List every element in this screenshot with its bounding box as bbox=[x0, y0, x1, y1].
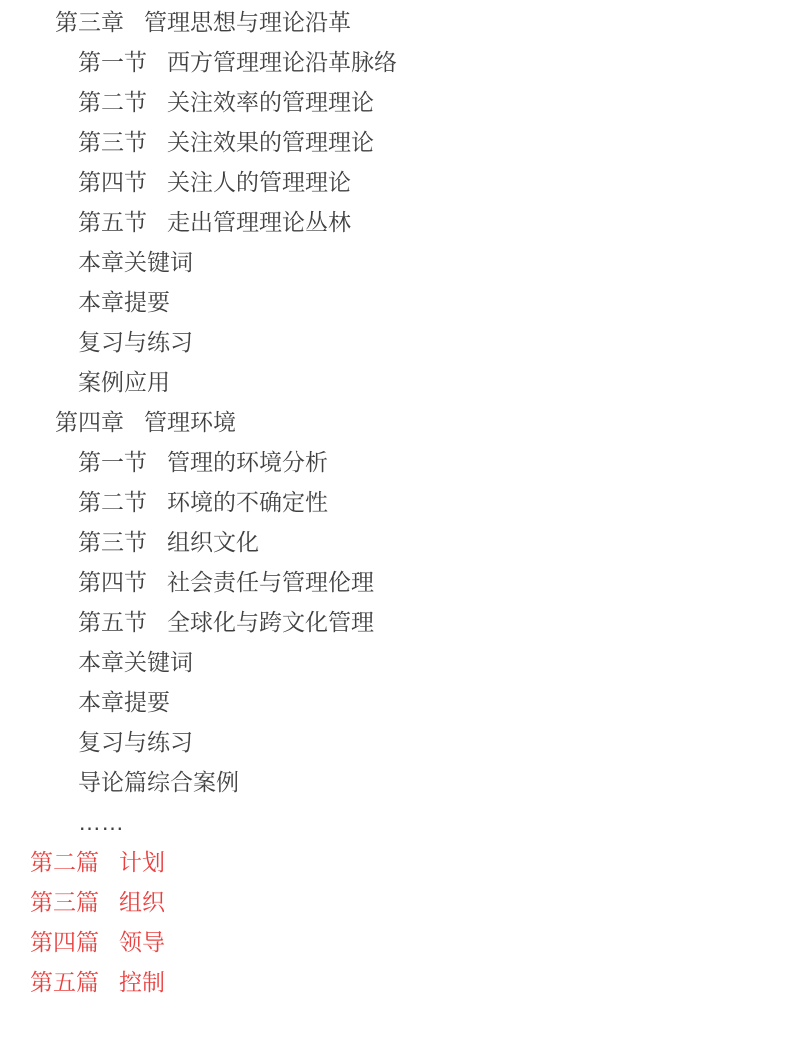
toc-entry-label: 第二节 bbox=[78, 82, 147, 122]
toc-entry: 第一节 管理的环境分析 bbox=[0, 442, 790, 482]
toc-entry-title: 案例应用 bbox=[78, 362, 170, 402]
toc-entry-title: …… bbox=[78, 802, 124, 842]
toc-entry: 第二节 关注效率的管理理论 bbox=[0, 82, 790, 122]
toc-entry-title: 控制 bbox=[119, 962, 165, 1002]
toc-entry: 第三节 关注效果的管理理论 bbox=[0, 122, 790, 162]
toc-entry: 本章提要 bbox=[0, 282, 790, 322]
toc-entry: 第四篇 领导 bbox=[0, 922, 790, 962]
toc-entry-label: 第一节 bbox=[78, 42, 147, 82]
toc-entry: 复习与练习 bbox=[0, 722, 790, 762]
toc-entry: 第五节 全球化与跨文化管理 bbox=[0, 602, 790, 642]
toc-entry-title: 组织文化 bbox=[167, 522, 259, 562]
toc-entry-title: 本章提要 bbox=[78, 282, 170, 322]
toc-entry-label: 第三节 bbox=[78, 122, 147, 162]
toc-entry-label: 第四节 bbox=[78, 162, 147, 202]
toc-entry: 第二节 环境的不确定性 bbox=[0, 482, 790, 522]
toc-entry-title: 全球化与跨文化管理 bbox=[167, 602, 374, 642]
toc-entry-title: 计划 bbox=[119, 842, 165, 882]
toc-entry-label: 第五篇 bbox=[30, 962, 99, 1002]
toc-entry-title: 关注人的管理理论 bbox=[167, 162, 351, 202]
toc-entry: 第三节 组织文化 bbox=[0, 522, 790, 562]
toc-entry-label: 第三章 bbox=[55, 2, 124, 42]
toc-entry-label: 第二篇 bbox=[30, 842, 99, 882]
toc-entry: 第五篇 控制 bbox=[0, 962, 790, 1002]
toc-entry-title: 西方管理理论沿革脉络 bbox=[167, 42, 397, 82]
toc-entry-label: 第一节 bbox=[78, 442, 147, 482]
toc-entry: 第四节 关注人的管理理论 bbox=[0, 162, 790, 202]
toc-entry-title: 导论篇综合案例 bbox=[78, 762, 239, 802]
table-of-contents: 第三章 管理思想与理论沿革 第一节 西方管理理论沿革脉络 第二节 关注效率的管理… bbox=[0, 0, 790, 1002]
toc-entry-title: 本章提要 bbox=[78, 682, 170, 722]
toc-entry: 本章提要 bbox=[0, 682, 790, 722]
toc-entry-title: 环境的不确定性 bbox=[167, 482, 328, 522]
toc-entry-title: 关注效果的管理理论 bbox=[167, 122, 374, 162]
toc-entry-label: 第三节 bbox=[78, 522, 147, 562]
toc-entry: 第一节 西方管理理论沿革脉络 bbox=[0, 42, 790, 82]
toc-entry-title: 复习与练习 bbox=[78, 722, 193, 762]
toc-entry: 本章关键词 bbox=[0, 642, 790, 682]
toc-entry-title: 复习与练习 bbox=[78, 322, 193, 362]
toc-entry-label: 第五节 bbox=[78, 202, 147, 242]
toc-entry-ellipsis: …… bbox=[0, 802, 790, 842]
toc-entry-label: 第四篇 bbox=[30, 922, 99, 962]
toc-entry: 第四章 管理环境 bbox=[0, 402, 790, 442]
toc-entry-title: 本章关键词 bbox=[78, 242, 193, 282]
toc-entry: 复习与练习 bbox=[0, 322, 790, 362]
toc-entry: 本章关键词 bbox=[0, 242, 790, 282]
toc-entry: 第五节 走出管理理论丛林 bbox=[0, 202, 790, 242]
toc-entry: 第三章 管理思想与理论沿革 bbox=[0, 2, 790, 42]
toc-entry-title: 管理思想与理论沿革 bbox=[144, 2, 351, 42]
toc-entry-title: 管理环境 bbox=[144, 402, 236, 442]
toc-entry-title: 本章关键词 bbox=[78, 642, 193, 682]
toc-entry-label: 第五节 bbox=[78, 602, 147, 642]
toc-entry-label: 第四章 bbox=[55, 402, 124, 442]
toc-entry-title: 走出管理理论丛林 bbox=[167, 202, 351, 242]
toc-entry: 第四节 社会责任与管理伦理 bbox=[0, 562, 790, 602]
toc-entry: 第三篇 组织 bbox=[0, 882, 790, 922]
toc-entry-label: 第四节 bbox=[78, 562, 147, 602]
toc-entry: 第二篇 计划 bbox=[0, 842, 790, 882]
toc-entry-title: 管理的环境分析 bbox=[167, 442, 328, 482]
toc-entry-title: 领导 bbox=[119, 922, 165, 962]
toc-entry-title: 社会责任与管理伦理 bbox=[167, 562, 374, 602]
toc-entry: 导论篇综合案例 bbox=[0, 762, 790, 802]
toc-entry-title: 关注效率的管理理论 bbox=[167, 82, 374, 122]
toc-entry-label: 第二节 bbox=[78, 482, 147, 522]
toc-entry: 案例应用 bbox=[0, 362, 790, 402]
toc-entry-label: 第三篇 bbox=[30, 882, 99, 922]
toc-entry-title: 组织 bbox=[119, 882, 165, 922]
